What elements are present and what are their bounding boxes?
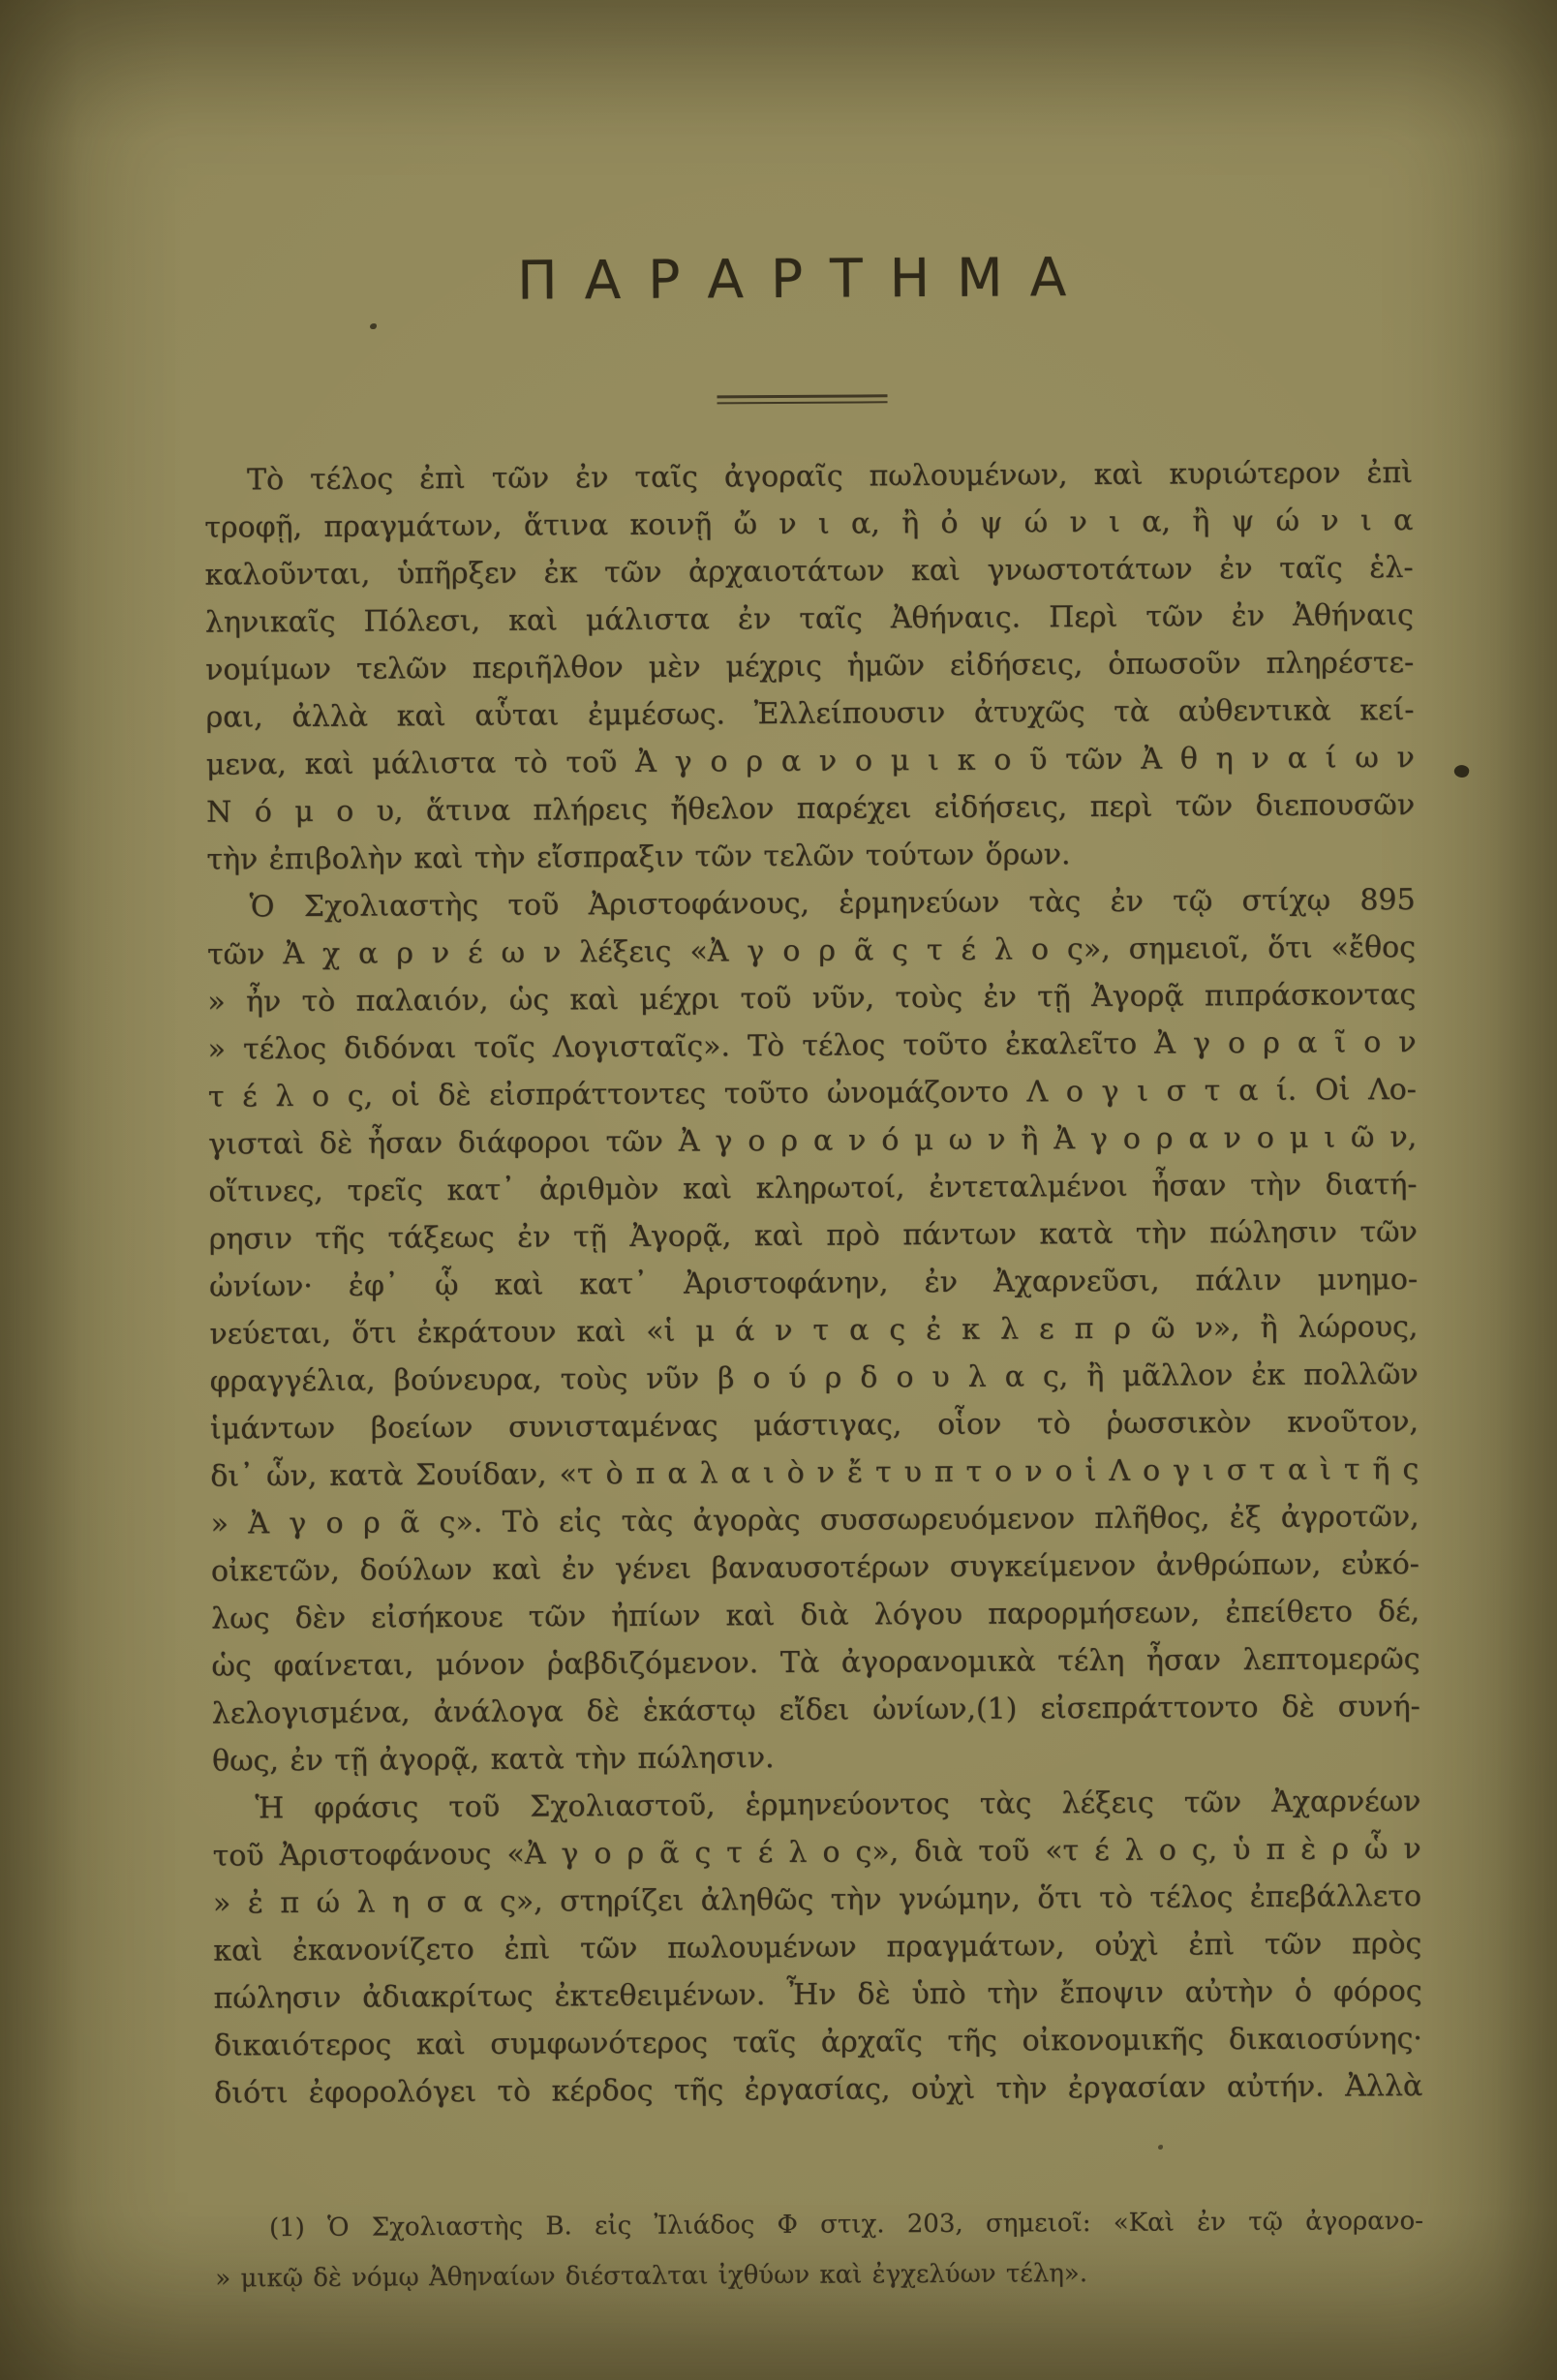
text-line: ἱμάντων βοείων συνισταμένας μάστιγας, οἷ… bbox=[210, 1398, 1419, 1453]
text-line: λελογισμένα, ἀνάλογα δὲ ἑκάστῳ εἴδει ὠνί… bbox=[212, 1683, 1420, 1738]
text-line: οἵτινες, τρεῖς κατ᾽ ἀριθμὸν καὶ κληρωτοί… bbox=[208, 1161, 1417, 1216]
text-line: δικαιότερος καὶ συμφωνότερος ταῖς ἀρχαῖς… bbox=[214, 2015, 1422, 2070]
text-line: τῶν Ἀ χ α ρ ν έ ω ν λέξεις «Ἀ γ ο ρ ᾶ ς … bbox=[207, 924, 1416, 979]
page-title: ΠΑΡΑΡΤΗΜΑ bbox=[89, 243, 1522, 314]
text-line: » τέλος διδόναι τοῖς Λογισταῖς». Τὸ τέλο… bbox=[207, 1019, 1416, 1074]
text-line: » ἦν τὸ παλαιόν, ὡς καὶ μέχρι τοῦ νῦν, τ… bbox=[207, 971, 1416, 1026]
paragraph: Ἡ φράσις τοῦ Σχολιαστοῦ, ἑρμηνεύοντος τὰ… bbox=[212, 1778, 1422, 2118]
text-line: τὴν ἐπιβολὴν καὶ τὴν εἴσπραξιν τῶν τελῶν… bbox=[206, 829, 1415, 884]
text-line: Ν ό μ ο υ, ἅτινα πλήρεις ἤθελον παρέχει … bbox=[206, 781, 1415, 837]
text-line: καὶ ἐκανονίζετο ἐπὶ τῶν πωλουμένων πραγμ… bbox=[213, 1920, 1421, 1975]
text-line: λως δὲν εἰσήκουε τῶν ἠπίων καὶ διὰ λόγου… bbox=[211, 1588, 1420, 1643]
text-line: » ἐ π ώ λ η σ α ς», στηρίζει ἀληθῶς τὴν … bbox=[213, 1873, 1421, 1928]
scanned-book-page: ΠΑΡΑΡΤΗΜΑ Τὸ τέλος ἐπὶ τῶν ἐν ταῖς ἀγορα… bbox=[0, 0, 1557, 2380]
text-line: » Ἀ γ ο ρ ᾶ ς». Τὸ εἰς τὰς ἀγορὰς συσσωρ… bbox=[210, 1493, 1419, 1548]
body-text: Τὸ τέλος ἐπὶ τῶν ἐν ταῖς ἀγοραῖς πωλουμέ… bbox=[204, 449, 1422, 2118]
text-line: τ έ λ ο ς, οἱ δὲ εἰσπράττοντες τοῦτο ὠνο… bbox=[208, 1066, 1417, 1121]
text-line: Τὸ τέλος ἐπὶ τῶν ἐν ταῖς ἀγοραῖς πωλουμέ… bbox=[204, 449, 1413, 504]
text-line: δι᾽ ὧν, κατὰ Σουίδαν, «τ ὸ π α λ α ι ὸ ν… bbox=[210, 1446, 1419, 1501]
paragraph: Ὁ Σχολιαστὴς τοῦ Ἀριστοφάνους, ἑρμηνεύων… bbox=[207, 876, 1421, 1785]
text-line: μενα, καὶ μάλιστα τὸ τοῦ Ἀ γ ο ρ α ν ο μ… bbox=[206, 734, 1415, 789]
paragraph: Τὸ τέλος ἐπὶ τῶν ἐν ταῖς ἀγοραῖς πωλουμέ… bbox=[204, 449, 1416, 884]
text-line: νομίμων τελῶν περιῆλθον μὲν μέχρις ἡμῶν … bbox=[205, 639, 1414, 694]
text-line: ὡς φαίνεται, μόνον ῥαβδιζόμενον. Τὰ ἀγορ… bbox=[211, 1635, 1420, 1691]
text-line: ραι, ἀλλὰ καὶ αὗται ἐμμέσως. Ἐλλείπουσιν… bbox=[205, 687, 1414, 742]
text-line: Ὁ Σχολιαστὴς τοῦ Ἀριστοφάνους, ἑρμηνεύων… bbox=[207, 876, 1416, 931]
text-line: ὠνίων· ἐφ᾽ ᾧ καὶ κατ᾽ Ἀριστοφάνην, ἐν Ἀχ… bbox=[209, 1256, 1418, 1311]
text-line: θως, ἐν τῇ ἀγορᾷ, κατὰ τὴν πώλησιν. bbox=[212, 1730, 1420, 1785]
text-line: ρησιν τῆς τάξεως ἐν τῇ Ἀγορᾷ, καὶ πρὸ πά… bbox=[209, 1208, 1418, 1264]
footnote: (1) Ὁ Σχολιαστὴς Β. εἰς Ἰλιάδος Φ στιχ. … bbox=[215, 2196, 1424, 2304]
text-line: πώλησιν ἀδιακρίτως ἐκτεθειμένων. Ἦν δὲ ὑ… bbox=[213, 1968, 1421, 2023]
text-line: ληνικαῖς Πόλεσι, καὶ μάλιστα ἐν ταῖς Ἀθή… bbox=[205, 592, 1414, 647]
text-line: οἰκετῶν, δούλων καὶ ἐν γένει βαναυσοτέρω… bbox=[211, 1541, 1420, 1596]
page-content: ΠΑΡΑΡΤΗΜΑ Τὸ τέλος ἐπὶ τῶν ἐν ταῖς ἀγορα… bbox=[0, 0, 1557, 2380]
text-line: Ἡ φράσις τοῦ Σχολιαστοῦ, ἑρμηνεύοντος τὰ… bbox=[212, 1778, 1420, 1833]
text-line: νεύεται, ὅτι ἐκράτουν καὶ «ἱ μ ά ν τ α ς… bbox=[209, 1303, 1418, 1358]
text-line: τοῦ Ἀριστοφάνους «Ἀ γ ο ρ ᾶ ς τ έ λ ο ς»… bbox=[213, 1825, 1421, 1880]
text-line: γισταὶ δὲ ἦσαν διάφοροι τῶν Ἀ γ ο ρ α ν … bbox=[208, 1114, 1417, 1169]
footnote-line: » μικῷ δὲ νόμῳ Ἀθηναίων διέσταλται ἰχθύω… bbox=[215, 2246, 1423, 2304]
text-line: καλοῦνται, ὑπῆρξεν ἐκ τῶν ἀρχαιοτάτων κα… bbox=[204, 544, 1413, 599]
title-divider-rule bbox=[717, 394, 887, 404]
text-line: φραγγέλια, βούνευρα, τοὺς νῦν β ο ύ ρ δ … bbox=[210, 1351, 1419, 1406]
text-line: τροφῇ, πραγμάτων, ἅτινα κοινῇ ὤ ν ι α, ἢ… bbox=[204, 497, 1413, 552]
footnote-line: (1) Ὁ Σχολιαστὴς Β. εἰς Ἰλιάδος Φ στιχ. … bbox=[215, 2196, 1423, 2254]
text-line: διότι ἐφορολόγει τὸ κέρδος τῆς ἐργασίας,… bbox=[214, 2062, 1422, 2118]
